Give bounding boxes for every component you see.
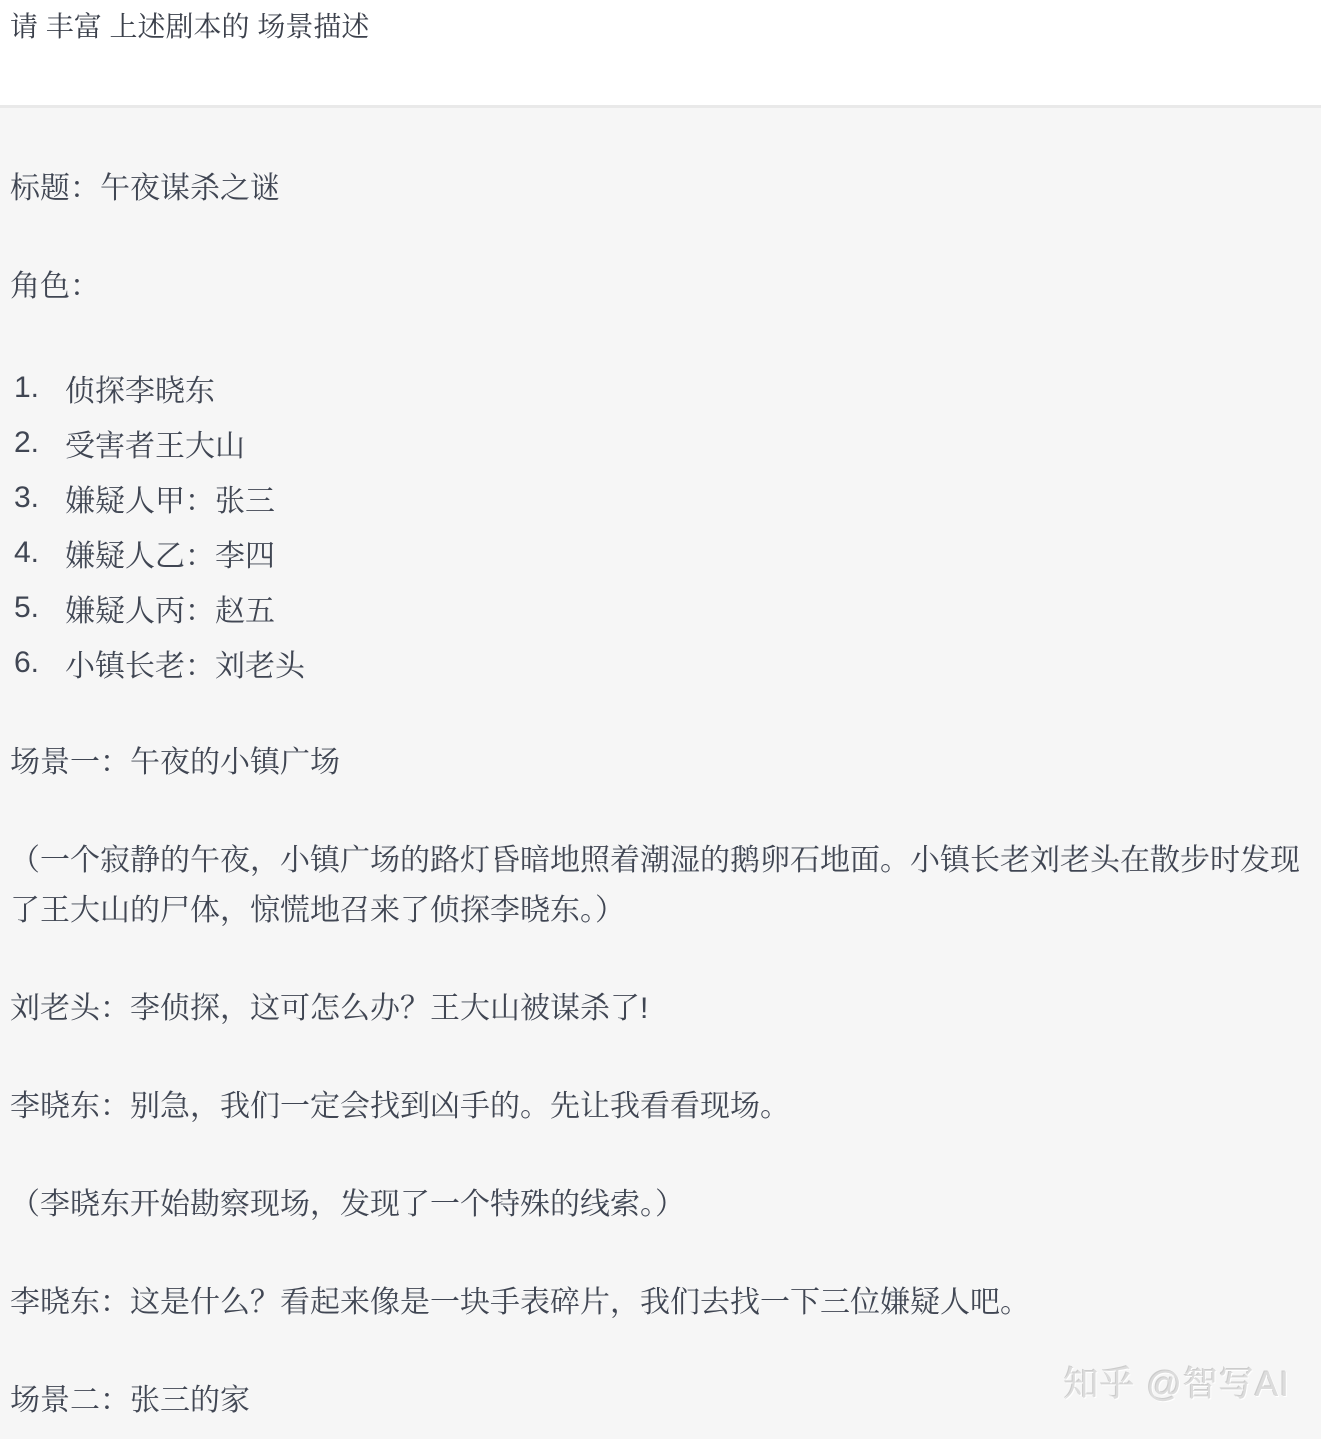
- script-title: 标题：午夜谋杀之谜: [10, 164, 1311, 214]
- role-item: 4. 嫌疑人乙：李四: [10, 525, 1311, 580]
- role-item: 1. 侦探李晓东: [10, 360, 1311, 415]
- dialogue-li-1: 李晓东：别急，我们一定会找到凶手的。先让我看看现场。: [10, 1082, 1311, 1132]
- role-name: 嫌疑人丙：赵五: [65, 586, 275, 630]
- role-number: 6.: [10, 646, 65, 680]
- zhihu-watermark: 知乎 @智写AI: [1064, 1357, 1290, 1407]
- role-item: 3. 嫌疑人甲：张三: [10, 470, 1311, 525]
- stage-direction-opening: （一个寂静的午夜，小镇广场的路灯昏暗地照着潮湿的鹅卵石地面。小镇长老刘老头在散步…: [10, 836, 1311, 936]
- role-name: 侦探李晓东: [65, 366, 215, 410]
- user-prompt: 请 丰富 上述剧本的 场景描述: [10, 6, 1311, 48]
- stage-direction-clue: （李晓东开始勘察现场，发现了一个特殊的线索。）: [10, 1180, 1311, 1230]
- role-item: 2. 受害者王大山: [10, 415, 1311, 470]
- role-name: 嫌疑人乙：李四: [65, 531, 275, 575]
- role-item: 5. 嫌疑人丙：赵五: [10, 580, 1311, 635]
- page: 请 丰富 上述剧本的 场景描述 标题：午夜谋杀之谜 角色： 1. 侦探李晓东 2…: [0, 0, 1321, 1445]
- role-number: 1.: [10, 371, 65, 405]
- dialogue-li-2: 李晓东：这是什么？看起来像是一块手表碎片，我们去找一下三位嫌疑人吧。: [10, 1278, 1311, 1328]
- user-prompt-area: 请 丰富 上述剧本的 场景描述: [0, 0, 1321, 105]
- role-number: 4.: [10, 536, 65, 570]
- roles-list: 1. 侦探李晓东 2. 受害者王大山 3. 嫌疑人甲：张三 4. 嫌疑人乙：李四…: [10, 360, 1311, 690]
- dialogue-liu: 刘老头：李侦探，这可怎么办？王大山被谋杀了!: [10, 984, 1311, 1034]
- scene1-heading: 场景一：午夜的小镇广场: [10, 738, 1311, 788]
- role-name: 小镇长老：刘老头: [65, 641, 305, 685]
- role-name: 嫌疑人甲：张三: [65, 476, 275, 520]
- role-name: 受害者王大山: [65, 421, 245, 465]
- role-number: 5.: [10, 591, 65, 625]
- answer-panel: 标题：午夜谋杀之谜 角色： 1. 侦探李晓东 2. 受害者王大山 3. 嫌疑人甲…: [0, 105, 1321, 1439]
- roles-heading: 角色：: [10, 262, 1311, 312]
- role-item: 6. 小镇长老：刘老头: [10, 635, 1311, 690]
- role-number: 2.: [10, 426, 65, 460]
- role-number: 3.: [10, 481, 65, 515]
